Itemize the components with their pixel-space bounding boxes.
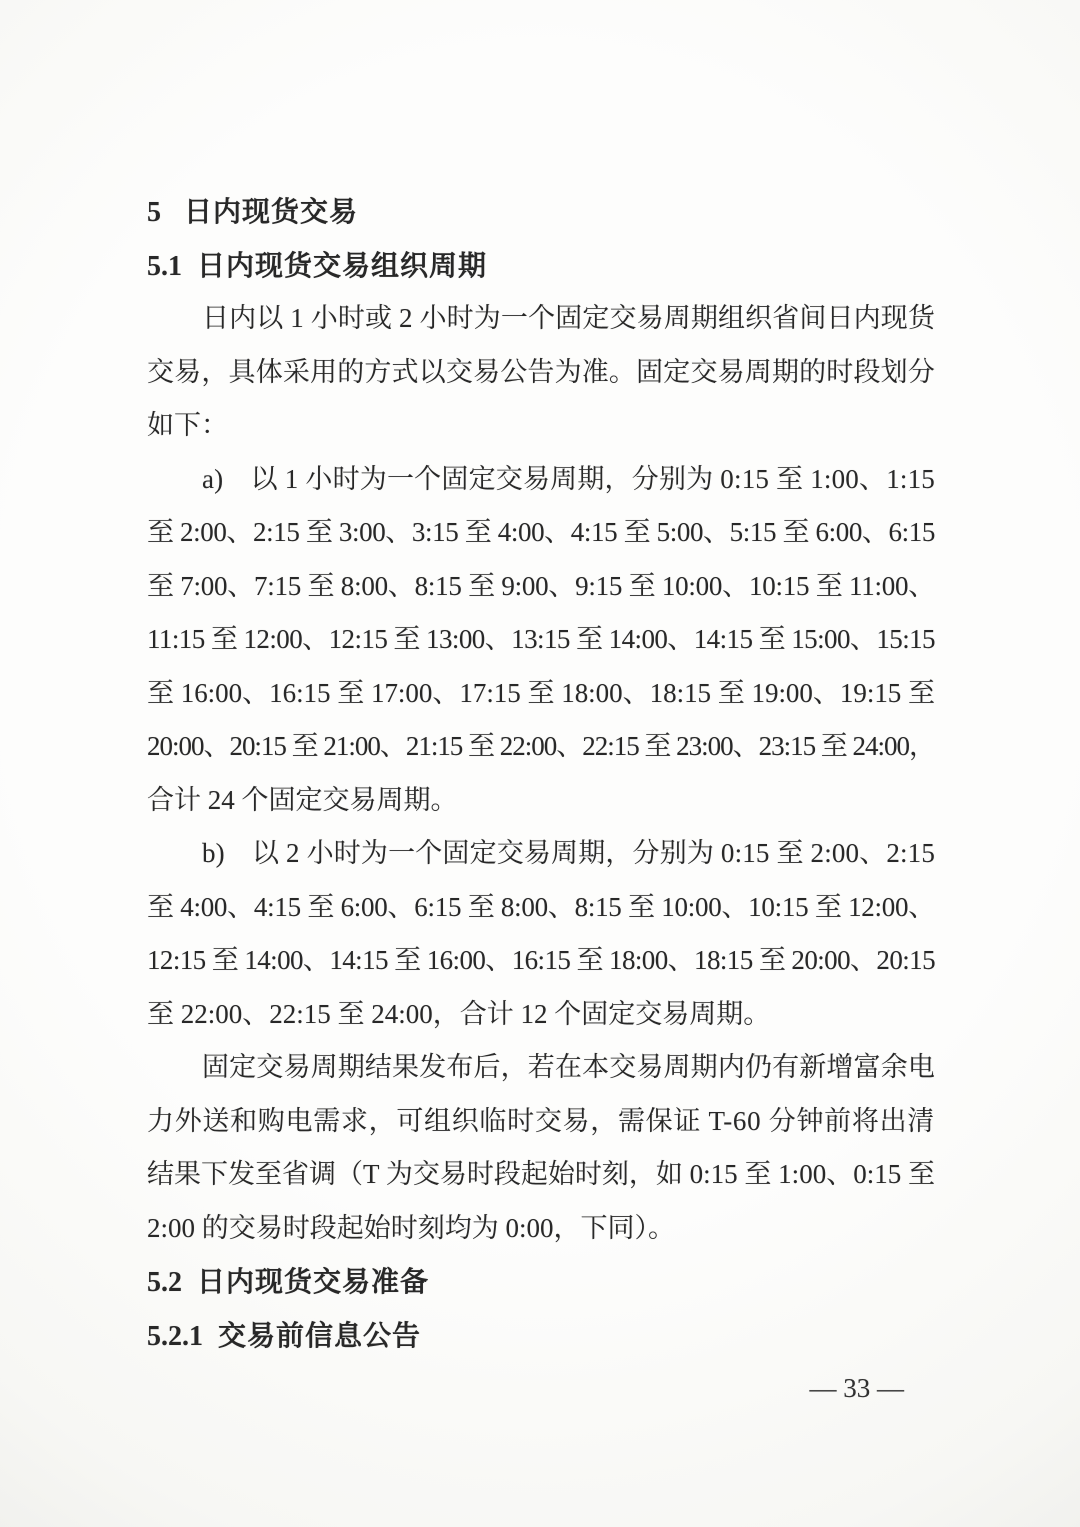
text-line-content: 至 7:00、7:15 至 8:00、8:15 至 9:00、9:15 至 10… (147, 560, 935, 614)
text-line: 合计 24 个固定交易周期。 (147, 774, 935, 828)
text-line: 12:15 至 14:00、14:15 至 16:00、16:15 至 18:0… (147, 934, 935, 988)
text-line-content: b) 以 2 小时为一个固定交易周期，分别为 0:15 至 2:00、2:15 (202, 827, 935, 881)
text-line-content: 合计 24 个固定交易周期。 (147, 774, 458, 828)
text-line: 至 22:00、22:15 至 24:00，合计 12 个固定交易周期。 (147, 988, 935, 1042)
text-line-content: 力外送和购电需求，可组织临时交易，需保证 T-60 分钟前将出清 (147, 1095, 935, 1149)
text-line: 11:15 至 12:00、12:15 至 13:00、13:15 至 14:0… (147, 613, 935, 667)
text-line: 交易，具体采用的方式以交易公告为准。固定交易周期的时段划分 (147, 346, 935, 400)
text-line: 固定交易周期结果发布后，若在本交易周期内仍有新增富余电 (147, 1041, 935, 1095)
document-body: 5日内现货交易5.1日内现货交易组织周期日内以 1 小时或 2 小时为一个固定交… (147, 185, 935, 1362)
text-line: 至 2:00、2:15 至 3:00、3:15 至 4:00、4:15 至 5:… (147, 506, 935, 560)
text-line-content: 日内以 1 小时或 2 小时为一个固定交易周期组织省间日内现货 (202, 292, 935, 346)
text-line-content: 11:15 至 12:00、12:15 至 13:00、13:15 至 14:0… (147, 613, 935, 667)
text-line: a) 以 1 小时为一个固定交易周期，分别为 0:15 至 1:00、1:15 (147, 453, 935, 507)
text-line-content: 固定交易周期结果发布后，若在本交易周期内仍有新增富余电 (202, 1041, 935, 1095)
text-line-content: 至 4:00、4:15 至 6:00、6:15 至 8:00、8:15 至 10… (147, 881, 935, 935)
text-line: 力外送和购电需求，可组织临时交易，需保证 T-60 分钟前将出清 (147, 1095, 935, 1149)
text-line-content: 12:15 至 14:00、14:15 至 16:00、16:15 至 18:0… (147, 934, 935, 988)
heading-text: 日内现货交易 (184, 196, 358, 227)
text-line-content: 20:00、20:15 至 21:00、21:15 至 22:00、22:15 … (147, 720, 935, 774)
text-line: 至 16:00、16:15 至 17:00、17:15 至 18:00、18:1… (147, 667, 935, 721)
text-line-content: 至 2:00、2:15 至 3:00、3:15 至 4:00、4:15 至 5:… (147, 506, 935, 560)
text-line-content: 如下： (147, 399, 228, 453)
document-page: 5日内现货交易5.1日内现货交易组织周期日内以 1 小时或 2 小时为一个固定交… (0, 0, 1080, 1527)
text-line-content: a) 以 1 小时为一个固定交易周期，分别为 0:15 至 1:00、1:15 (202, 453, 935, 507)
text-line-content: 2:00 的交易时段起始时刻均为 0:00，下同）。 (147, 1202, 675, 1256)
heading-number: 5 (147, 197, 161, 228)
page-number: — 33 — (810, 1366, 905, 1410)
text-line: 如下： (147, 399, 935, 453)
text-line: 至 4:00、4:15 至 6:00、6:15 至 8:00、8:15 至 10… (147, 881, 935, 935)
heading-5: 5日内现货交易 (147, 185, 935, 239)
text-line: 结果下发至省调（T 为交易时段起始时刻，如 0:15 至 1:00、0:15 至 (147, 1148, 935, 1202)
text-line: 至 7:00、7:15 至 8:00、8:15 至 9:00、9:15 至 10… (147, 560, 935, 614)
text-line: 2:00 的交易时段起始时刻均为 0:00，下同）。 (147, 1202, 935, 1256)
heading-number: 5.2.1 (147, 1321, 203, 1352)
text-line-content: 至 22:00、22:15 至 24:00，合计 12 个固定交易周期。 (147, 988, 770, 1042)
text-line: 20:00、20:15 至 21:00、21:15 至 22:00、22:15 … (147, 720, 935, 774)
heading-number: 5.2 (147, 1267, 182, 1298)
heading-text: 日内现货交易组织周期 (197, 250, 487, 281)
heading-text: 交易前信息公告 (218, 1320, 421, 1351)
heading-text: 日内现货交易准备 (197, 1266, 429, 1297)
heading-5-2: 5.2日内现货交易准备 (147, 1255, 935, 1309)
text-line: b) 以 2 小时为一个固定交易周期，分别为 0:15 至 2:00、2:15 (147, 827, 935, 881)
text-line-content: 至 16:00、16:15 至 17:00、17:15 至 18:00、18:1… (147, 667, 935, 721)
text-line-content: 结果下发至省调（T 为交易时段起始时刻，如 0:15 至 1:00、0:15 至 (147, 1148, 935, 1202)
heading-number: 5.1 (147, 251, 182, 282)
text-line-content: 交易，具体采用的方式以交易公告为准。固定交易周期的时段划分 (147, 346, 935, 400)
text-line: 日内以 1 小时或 2 小时为一个固定交易周期组织省间日内现货 (147, 292, 935, 346)
heading-5-2-1: 5.2.1交易前信息公告 (147, 1309, 935, 1363)
heading-5-1: 5.1日内现货交易组织周期 (147, 239, 935, 293)
